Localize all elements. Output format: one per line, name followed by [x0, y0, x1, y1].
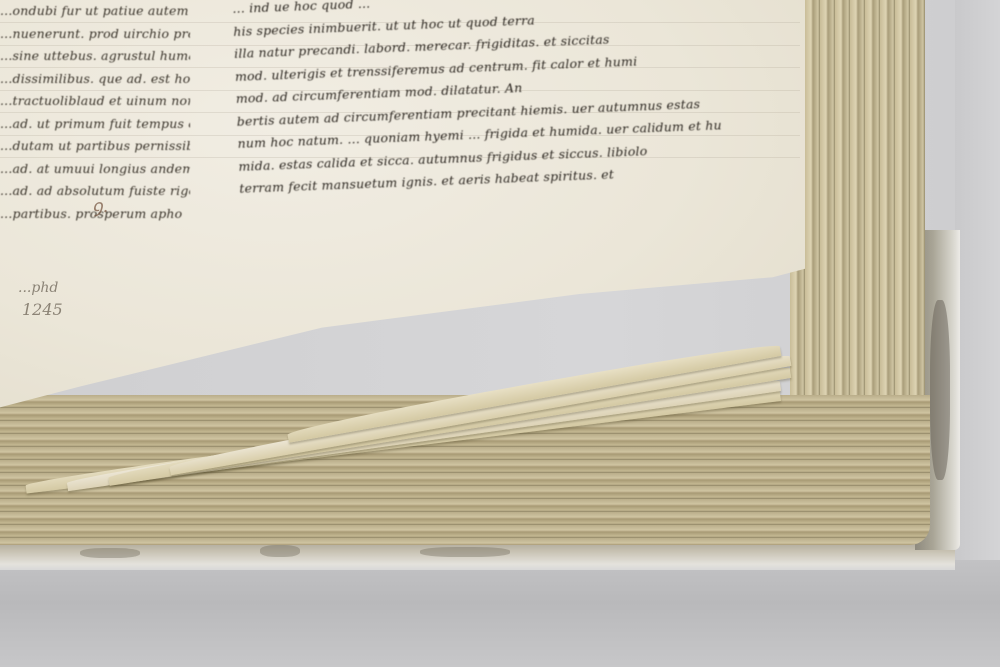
pencil-folio-number: 1245: [22, 300, 63, 319]
display-table-surface: [0, 560, 1000, 667]
text-line: ...ad. ut primum fuit tempus ceca: [0, 113, 190, 136]
plaster-stain: [930, 300, 950, 480]
plaster-stain: [80, 548, 140, 558]
text-line: ...ondubi fur ut patiue autem ...: [0, 0, 190, 23]
marginal-mark: ꝯ.: [92, 194, 108, 218]
text-line: ...dutam ut partibus pernissibus: [0, 135, 190, 158]
text-line: ...tractuoliblaud et uinum nomen: [0, 90, 190, 113]
text-column-left: ...ondubi fur ut patiue autem ... ...nue…: [0, 0, 190, 225]
pencil-shelf-note: ...phd: [18, 280, 58, 296]
background-wall: [955, 0, 1000, 560]
plaster-stain: [420, 547, 510, 557]
text-line: ...nuenerunt. prod uirchio prodijs fendi…: [0, 23, 190, 46]
text-line: ...sine uttebus. agrustul humani. agrud: [0, 45, 190, 68]
text-line: ...dissimilibus. que ad. est hoc: [0, 68, 190, 91]
text-column-right: ... ind ue hoc quod ... his species inim…: [232, 0, 724, 200]
plaster-stain: [260, 545, 300, 557]
text-line: ...ad. at umuui longius andem: [0, 158, 190, 181]
